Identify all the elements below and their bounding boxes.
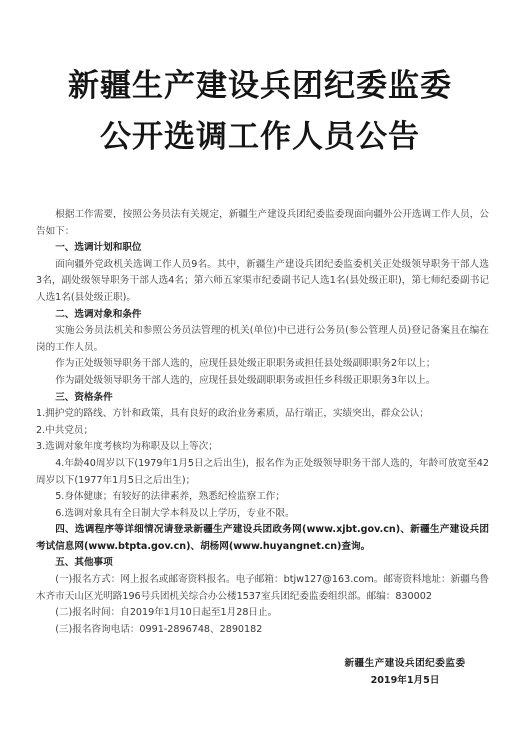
document-body: 根据工作需要，按照公务员法有关规定，新疆生产建设兵团纪委监委现面向疆外公开选调工…: [36, 207, 489, 638]
section-paragraph: 作为副处级领导职务干部人选的，应现任县处级副职职务或担任乡科级正职职务3年以上。: [36, 373, 489, 390]
section-heading-plan: 一、选调计划和职位: [36, 240, 489, 257]
qualification-item: 4.年龄40周岁以下(1979年1月5日之后出生)，报名作为正处级领导职务干部人…: [36, 456, 489, 489]
intro-paragraph: 根据工作需要，按照公务员法有关规定，新疆生产建设兵团纪委监委现面向疆外公开选调工…: [36, 207, 489, 240]
section-heading-procedure: 四、选调程序等详细情况请登录新疆生产建设兵团政务网(www.xjbt.gov.c…: [36, 522, 489, 555]
other-item-contact-phone: (三)报名咨询电话：0991-2896748、2890182: [36, 622, 489, 639]
document-title-line2: 公开选调工作人员公告: [0, 117, 520, 157]
other-item-registration-method: (一)报名方式：网上报名或邮寄资料报名。电子邮箱：btjw127@163.com…: [36, 572, 489, 605]
section-heading-targets: 二、选调对象和条件: [36, 307, 489, 324]
section-heading-qualifications: 三、资格条件: [36, 390, 489, 407]
section-heading-other: 五、其他事项: [36, 555, 489, 572]
section-paragraph: 面向疆外党政机关选调工作人员9名。其中，新疆生产建设兵团纪委监委机关正处级领导职…: [36, 257, 489, 307]
qualification-item: 3.选调对象年度考核均为称职及以上等次；: [36, 439, 489, 456]
qualification-item: 1.拥护党的路线、方针和政策，具有良好的政治业务素质，品行端正，实绩突出，群众公…: [36, 406, 489, 423]
qualification-item: 2.中共党员；: [36, 423, 489, 440]
qualification-item: 6.选调对象具有全日制大学本科及以上学历，专业不限。: [36, 506, 489, 523]
section-paragraph: 作为正处级领导职务干部人选的，应现任县处级正职职务或担任县处级副职职务2年以上；: [36, 356, 489, 373]
qualification-item: 5.身体健康；有较好的法律素养，熟悉纪检监察工作；: [36, 489, 489, 506]
section-paragraph: 实施公务员法机关和参照公务员法管理的机关(单位)中已进行公务员(参公管理人员)登…: [36, 323, 489, 356]
document-title-line1: 新疆生产建设兵团纪委监委: [0, 66, 520, 106]
signature-organization: 新疆生产建设兵团纪委监委: [330, 655, 480, 672]
signature-date: 2019年1月5日: [330, 672, 480, 689]
other-item-registration-time: (二)报名时间：自2019年1月10日起至1月28日止。: [36, 605, 489, 622]
